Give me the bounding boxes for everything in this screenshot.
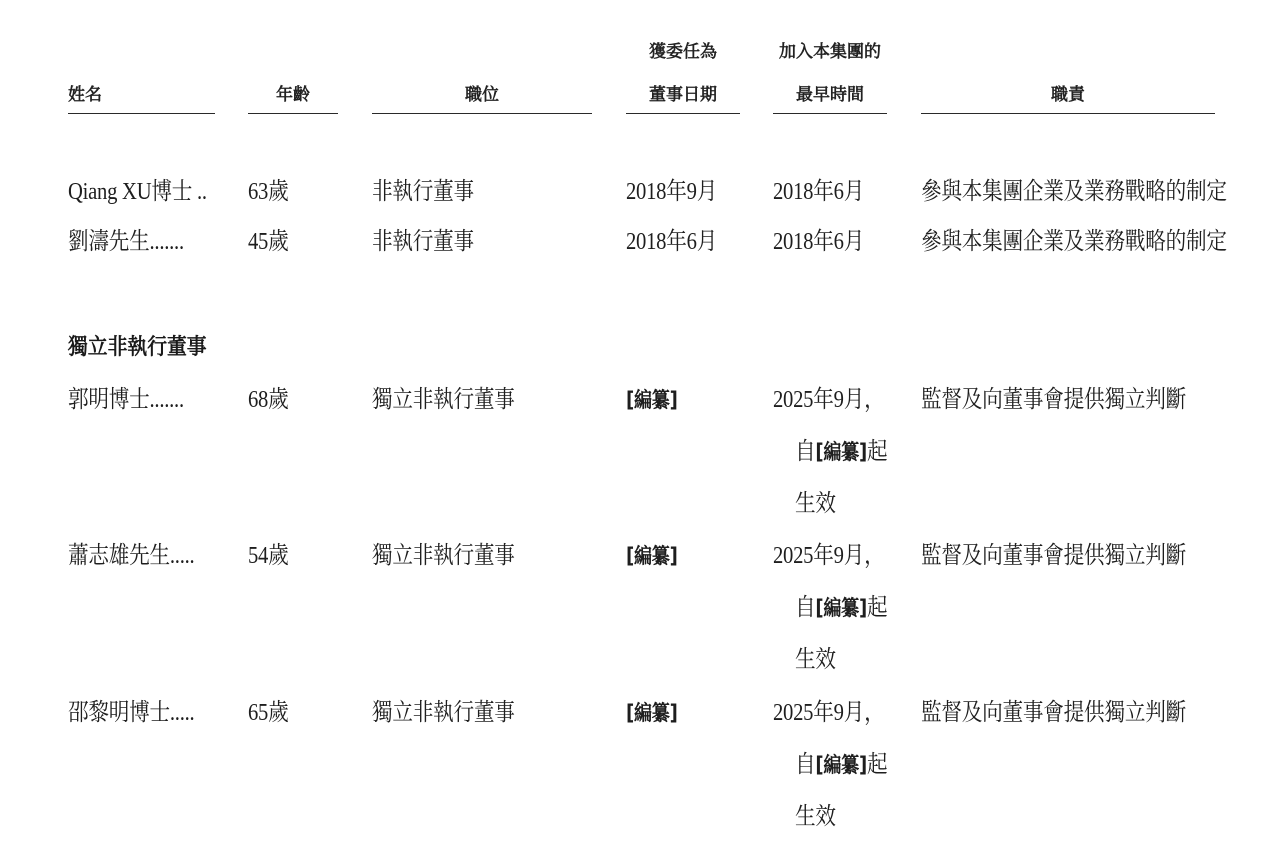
row-duties: 參與本集團企業及業務戰略的制定	[921, 228, 1227, 256]
header-rule-joined	[773, 113, 887, 114]
row-name: 郭明博士.......	[68, 386, 184, 414]
redacted-text: [編纂]	[815, 753, 867, 777]
redacted-text: [編纂]	[815, 440, 867, 464]
row-joined: 2018年6月	[773, 178, 864, 206]
redacted-text: [編纂]	[626, 701, 678, 725]
row-appointed: [編纂]	[626, 386, 678, 414]
joined-prefix: 自	[795, 439, 815, 465]
row-position: 獨立非執行董事	[372, 386, 515, 414]
header-joined-line1: 加入本集團的	[773, 42, 887, 62]
row-age: 45歲	[248, 228, 289, 256]
redacted-text: [編纂]	[815, 596, 867, 620]
row-position: 非執行董事	[372, 178, 474, 206]
joined-prefix: 自	[795, 595, 815, 621]
row-name: 劉濤先生.......	[68, 228, 184, 256]
joined-suffix: 起	[867, 595, 887, 621]
header-position: 職位	[372, 85, 592, 105]
row-duties: 參與本集團企業及業務戰略的制定	[921, 178, 1227, 206]
header-rule-duties	[921, 113, 1215, 114]
row-appointed: 2018年9月	[626, 178, 717, 206]
header-rule-age	[248, 113, 338, 114]
redacted-text: [編纂]	[626, 544, 678, 568]
row-joined: 2018年6月	[773, 228, 864, 256]
row-joined-line1: 2025年9月，	[773, 542, 884, 570]
header-name: 姓名	[68, 85, 102, 105]
row-joined-line2: 自[編纂]起	[795, 751, 887, 779]
row-joined-line3: 生效	[795, 803, 836, 831]
header-rule-appointed	[626, 113, 740, 114]
row-duties: 監督及向董事會提供獨立判斷	[921, 386, 1186, 414]
row-age: 54歲	[248, 542, 289, 570]
row-joined-line1: 2025年9月，	[773, 699, 884, 727]
header-age: 年齡	[248, 85, 338, 105]
joined-suffix: 起	[867, 752, 887, 778]
joined-prefix: 自	[795, 752, 815, 778]
row-appointed: 2018年6月	[626, 228, 717, 256]
section-title-independent-directors: 獨立非執行董事	[68, 335, 207, 361]
row-joined-line2: 自[編纂]起	[795, 438, 887, 466]
header-appointed-line1: 獲委任為	[626, 42, 740, 62]
header-appointed-line2: 董事日期	[626, 85, 740, 105]
row-joined-line2: 自[編纂]起	[795, 594, 887, 622]
row-joined-line3: 生效	[795, 490, 836, 518]
joined-suffix: 起	[867, 439, 887, 465]
row-joined-line3: 生效	[795, 646, 836, 674]
row-age: 63歲	[248, 178, 289, 206]
row-age: 68歲	[248, 386, 289, 414]
header-joined-line2: 最早時間	[773, 85, 887, 105]
row-position: 獨立非執行董事	[372, 699, 515, 727]
row-appointed: [編纂]	[626, 699, 678, 727]
row-joined-line1: 2025年9月，	[773, 386, 884, 414]
row-name: 邵黎明博士.....	[68, 699, 194, 727]
row-name: 蕭志雄先生.....	[68, 542, 194, 570]
row-duties: 監督及向董事會提供獨立判斷	[921, 699, 1186, 727]
header-rule-name	[68, 113, 215, 114]
row-age: 65歲	[248, 699, 289, 727]
row-appointed: [編纂]	[626, 542, 678, 570]
row-position: 非執行董事	[372, 228, 474, 256]
row-duties: 監督及向董事會提供獨立判斷	[921, 542, 1186, 570]
redacted-text: [編纂]	[626, 388, 678, 412]
row-position: 獨立非執行董事	[372, 542, 515, 570]
header-rule-position	[372, 113, 592, 114]
header-duties: 職責	[921, 85, 1215, 105]
row-name: Qiang XU博士 ..	[68, 178, 207, 206]
